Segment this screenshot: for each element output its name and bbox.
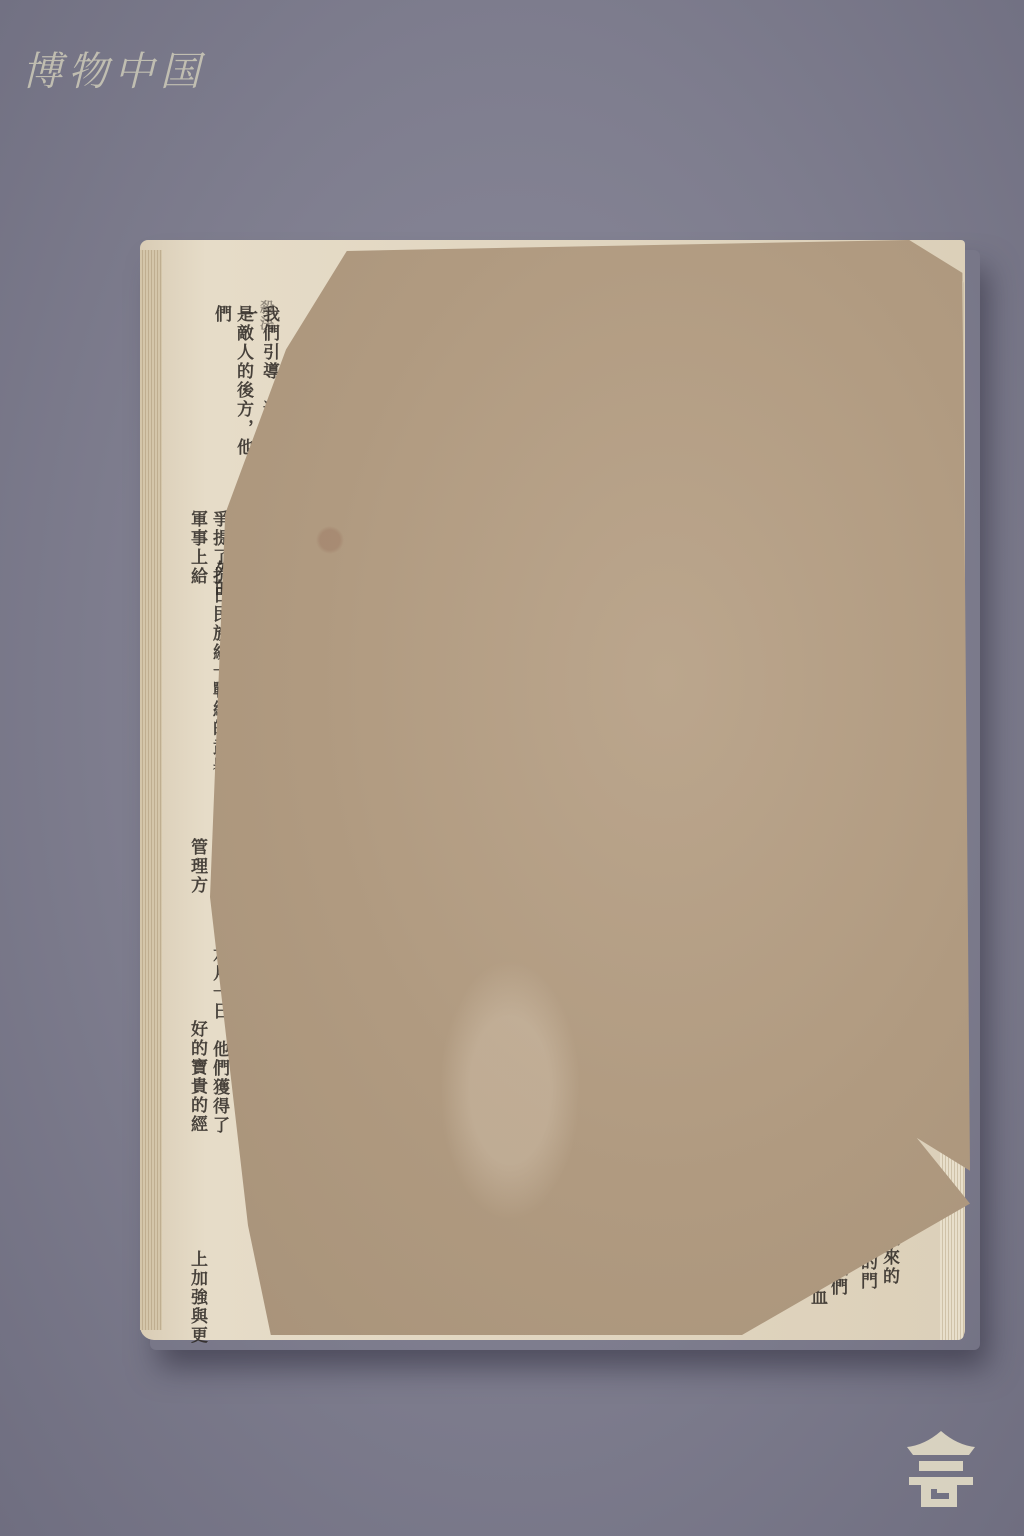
watermark-text: 博物中国 [22, 40, 206, 97]
book-cover [210, 240, 970, 1335]
text-column: 殺決 [255, 300, 277, 360]
text-column: 他們獲得了 [208, 1040, 230, 1140]
text-column: 管理方 [186, 838, 208, 908]
text-column: 上加強與更 [186, 1250, 208, 1350]
page-stack-left [140, 250, 162, 1330]
text-column: 好的寶貴的經 [186, 1020, 208, 1140]
pavilion-logo-icon [905, 1425, 977, 1507]
